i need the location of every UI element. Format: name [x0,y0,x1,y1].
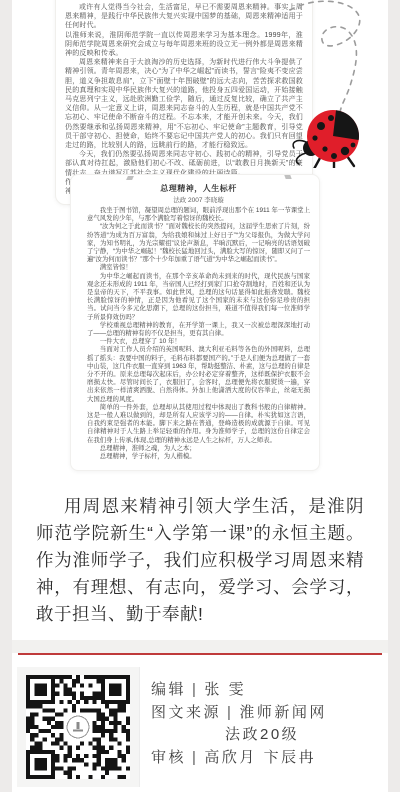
credit-value: 高欣月 卞辰冉 [204,749,316,766]
credit-separator: | [227,704,233,721]
credit-row-editor: 编辑|张 雯 [151,679,383,702]
scan-paragraph: 总理精神，学子标杆，为人楷模。 [87,453,310,461]
scan-paragraph: 满室皆惊！ [87,264,310,272]
scan-paragraph: 当面对工作人员介绍的英国呢料、澳大利亚毛料等各色的外国呢料，总理摇了摇头：我要中… [87,346,310,403]
qr-center-logo [64,714,91,741]
credits-panel: 编辑|张 雯 图文来源|淮师新闻网 法政20级 审核|高欣月 卞辰冉 [139,667,383,787]
section-divider-band [12,640,388,653]
credit-label: 编辑 [151,681,186,698]
article-page: 或许有人觉得当今社会，生活富足，早已不需要周恩来精神。事实上周恩来精神，是践行中… [0,0,400,792]
dashed-trail-icon [290,1,360,112]
credit-value: 淮师新闻网 [239,704,327,721]
divider-red-line [18,653,382,655]
statement-section: 用周恩来精神引领大学生活，是淮阴师范学院新生“入学第一课”的永恒主题。作为淮师学… [36,493,364,628]
credit-separator: | [192,749,198,766]
intro-paragraph: 以淮师来说，淮阴师范学院一直以传周恩来学习为基本理念。1999年，淮阴师范学院周… [65,31,303,59]
scan-corner-mark-right [284,175,291,179]
credit-row-reviewer: 审核|高欣月 卞辰冉 [151,747,383,770]
scan-paragraph: 为中华之崛起而读书，在那个辛亥革命尚未到来的时代，现代民族与国家观念还未形成的 … [87,273,310,322]
intro-section: 或许有人觉得当今社会，生活富足，早已不需要周恩来精神。事实上周恩来精神，是践行中… [12,0,388,170]
credit-separator: | [192,681,198,698]
qr-code[interactable] [26,675,130,779]
ladybug-illustration [286,0,386,168]
footer-section: 编辑|张 雯 图文来源|淮师新闻网 法政20级 审核|高欣月 卞辰冉 [17,667,383,787]
qr-panel [17,667,139,787]
credit-row-source-cont: 法政20级 [151,724,383,747]
scan-paragraph: 简单的一件外套，总理却从其使用过程中体现出了教科书般的自律精神。这是一般人难以做… [87,404,310,445]
scan-paragraph: 我坐于图书馆，凝望周总理的题词，眼前浮现出那个在 1911 年一节课堂上意气风发… [87,207,310,223]
scan-document-byline: 法政 2007 李晓璇 [87,195,310,204]
credit-value: 法政20级 [225,726,299,743]
scan-document-title: 总理精神，人生标杆 [87,183,310,194]
statement-text: 用周恩来精神引领大学生活，是淮阴师范学院新生“入学第一课”的永恒主题。作为淮师学… [36,493,364,628]
credit-value: 张 雯 [204,681,246,698]
scan-paragraph: “汝为何之于此而读书？”面对魏校长的突然提问，这届学生思索了片刻，纷纷答道“为成… [87,223,310,264]
ladybug-icon [293,110,359,168]
intro-paragraph: 周恩来精神来自于大浪淘沙的历史选择，为新时代进行伟大斗争提供了精神引领。青年周恩… [65,58,303,150]
intro-paragraph: 或许有人觉得当今社会，生活富足，早已不需要周恩来精神。事实上周恩来精神，是践行中… [65,3,303,31]
scan-corner-mark-left [126,176,134,180]
article-content-card: 或许有人觉得当今社会，生活富足，早已不需要周恩来精神。事实上周恩来精神，是践行中… [12,0,388,792]
scanned-document-image[interactable]: 总理精神，人生标杆 法政 2007 李晓璇 我坐于图书馆，凝望周总理的题词，眼前… [70,174,320,471]
scan-paragraph: 学校重视总理精神的教育，在开学第一课上，我又一次被总理深深地打动了——总理的精神… [87,322,310,338]
credit-label: 图文来源 [151,704,221,721]
credit-row-source: 图文来源|淮师新闻网 [151,702,383,725]
scan-paragraph: 总理精神，淮师之魂，为人之本； [87,445,310,453]
credit-label: 审核 [151,749,186,766]
